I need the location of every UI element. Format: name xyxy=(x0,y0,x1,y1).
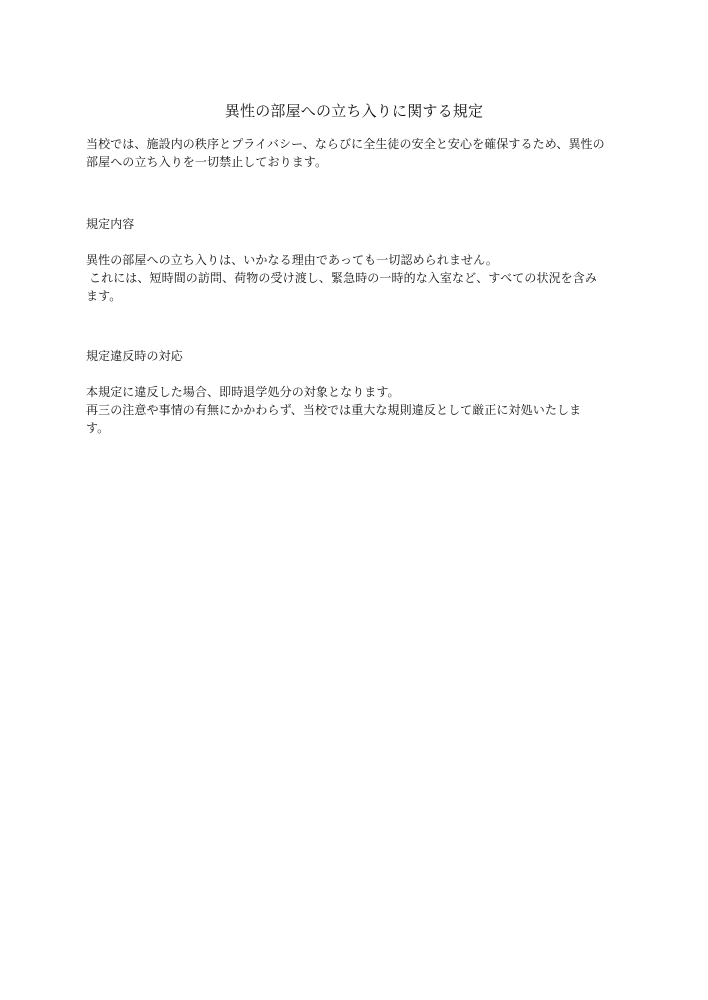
intro-line: 部屋への立ち入りを一切禁止しております。 xyxy=(86,153,631,171)
body-line: これには、短時間の訪問、荷物の受け渡し、緊急時の一時的な入室など、すべての状況を… xyxy=(86,269,631,287)
intro-paragraph: 当校では、施設内の秩序とプライバシー、ならびに全生徒の安全と安心を確保するため、… xyxy=(86,135,631,171)
section-body-rule-content: 異性の部屋への立ち入りは、いかなる理由であっても一切認められません。 これには、… xyxy=(86,251,631,305)
intro-line: 当校では、施設内の秩序とプライバシー、ならびに全生徒の安全と安心を確保するため、… xyxy=(86,135,631,153)
body-line: す。 xyxy=(86,419,631,437)
body-line: 異性の部屋への立ち入りは、いかなる理由であっても一切認められません。 xyxy=(86,251,631,269)
document-title: 異性の部屋への立ち入りに関する規定 xyxy=(0,101,708,121)
body-line: 再三の注意や事情の有無にかかわらず、当校では重大な規則違反として厳正に対処いたし… xyxy=(86,401,631,419)
body-line: 本規定に違反した場合、即時退学処分の対象となります。 xyxy=(86,383,631,401)
section-heading-rule-content: 規定内容 xyxy=(86,215,631,233)
section-heading: 規定内容 xyxy=(86,215,631,233)
section-heading-violation-response: 規定違反時の対応 xyxy=(86,347,631,365)
document-page: 異性の部屋への立ち入りに関する規定 当校では、施設内の秩序とプライバシー、ならび… xyxy=(0,0,708,1000)
body-line: ます。 xyxy=(86,287,631,305)
section-heading: 規定違反時の対応 xyxy=(86,347,631,365)
section-body-violation-response: 本規定に違反した場合、即時退学処分の対象となります。 再三の注意や事情の有無にか… xyxy=(86,383,631,437)
